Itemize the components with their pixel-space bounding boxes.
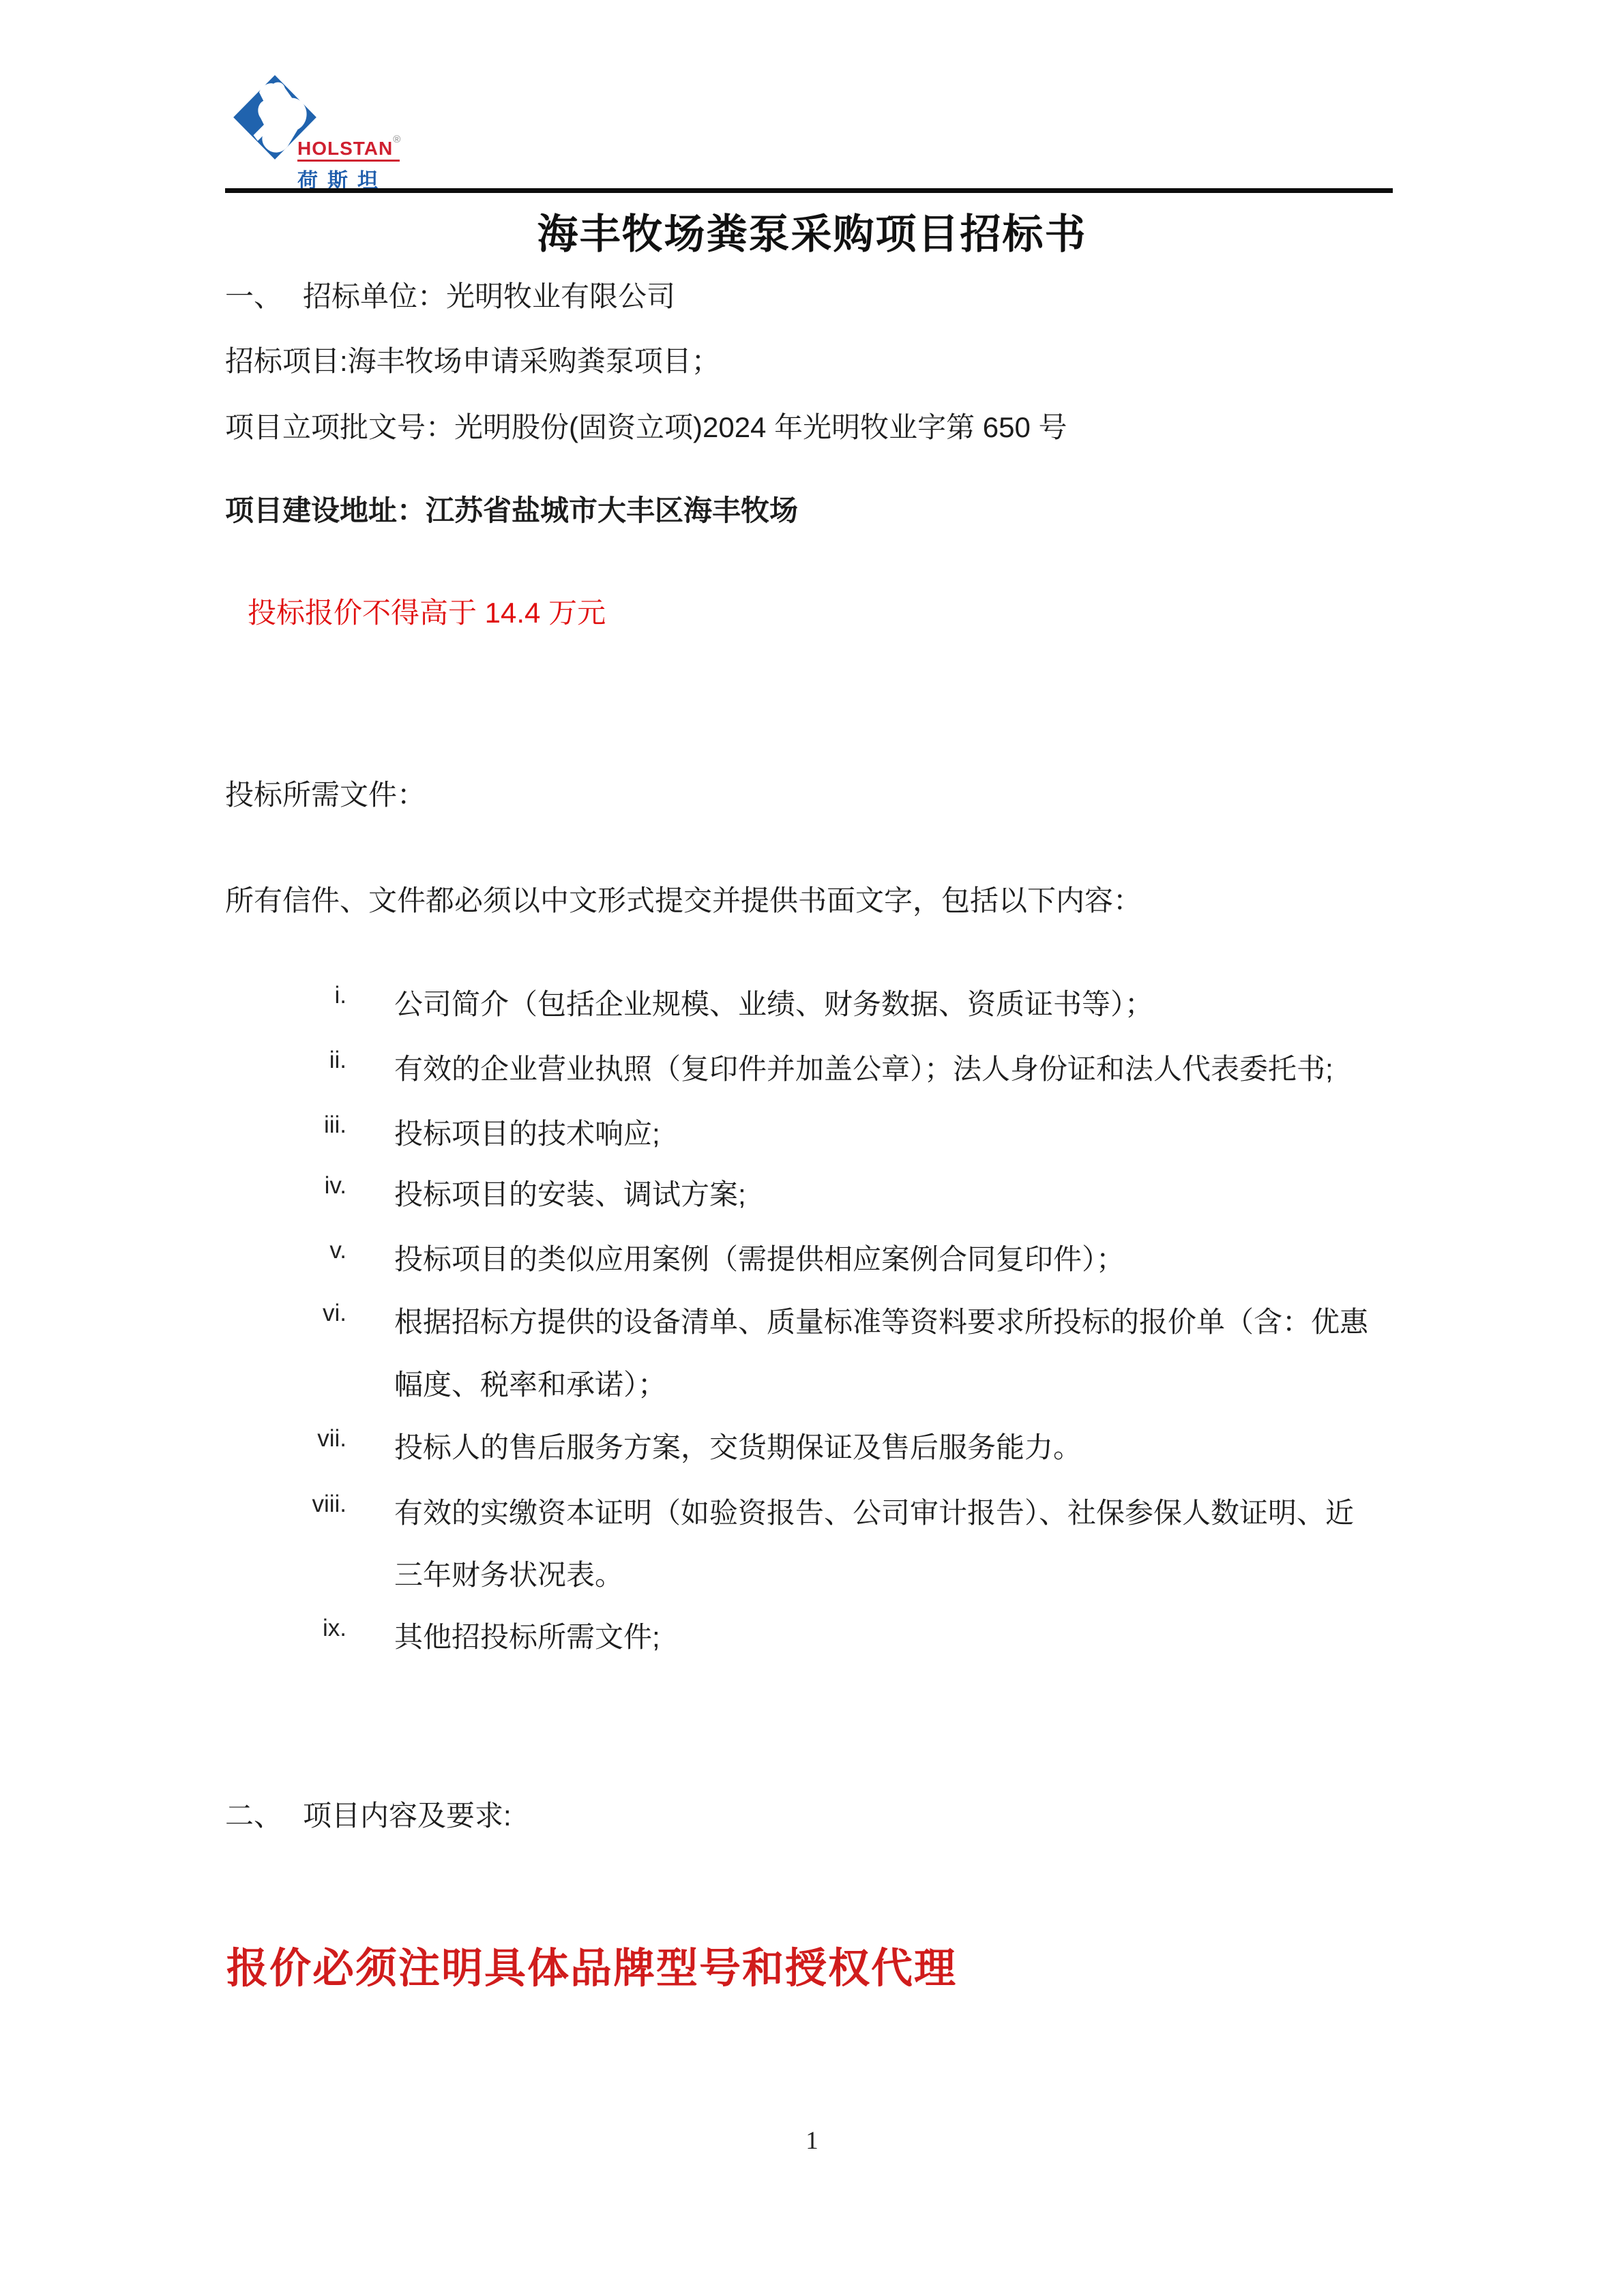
list-roman-numeral: ix. bbox=[225, 1615, 346, 1642]
price-limit-note: 投标报价不得高于 14.4 万元 bbox=[248, 591, 1434, 631]
list-item-text: 公司简介（包括企业规模、业绩、财务数据、资质证书等）； bbox=[394, 982, 1411, 1023]
brand-model-notice: 报价必须注明具体品牌型号和授权代理 bbox=[226, 1935, 1454, 1995]
list-item-text: 幅度、税率和承诺）； bbox=[394, 1362, 1411, 1403]
language-requirement-note: 所有信件、文件都必须以中文形式提交并提供书面文字，包括以下内容： bbox=[225, 878, 1412, 919]
brand-name: HOLSTAN bbox=[297, 138, 393, 159]
list-roman-numeral: v. bbox=[225, 1237, 346, 1264]
list-item-text: 投标人的售后服务方案，交货期保证及售后服务能力。 bbox=[394, 1425, 1411, 1466]
list-item-text: 有效的企业营业执照（复印件并加盖公章）；法人身份证和法人代表委托书; bbox=[394, 1047, 1411, 1088]
list-item-text: 根据招标方提供的设备清单、质量标准等资料要求所投标的报价单（含：优惠 bbox=[394, 1300, 1411, 1341]
list-roman-numeral: ii. bbox=[225, 1047, 346, 1074]
page-number: 1 bbox=[0, 2126, 1624, 2156]
list-item-text: 三年财务状况表。 bbox=[394, 1553, 1411, 1594]
list-roman-numeral: viii. bbox=[225, 1491, 346, 1518]
list-item-text: 有效的实缴资本证明（如验资报告、公司审计报告）、社保参保人数证明、近 bbox=[394, 1491, 1411, 1532]
paragraph-approval-number: 项目立项批文号：光明股份(固资立项)2024 年光明牧业字第 650 号 bbox=[225, 405, 1412, 446]
paragraph-project: 招标项目:海丰牧场申请采购粪泵项目； bbox=[225, 339, 1412, 380]
list-item-text: 其他招投标所需文件; bbox=[394, 1615, 1411, 1656]
section-two-text: 项目内容及要求: bbox=[303, 1800, 512, 1832]
list-item-text: 投标项目的类似应用案例（需提供相应案例合同复印件）； bbox=[394, 1237, 1411, 1278]
list-roman-numeral: vi. bbox=[225, 1300, 346, 1327]
paragraph-construction-address: 项目建设地址：江苏省盐城市大丰区海丰牧场 bbox=[225, 488, 1412, 529]
list-item-text: 投标项目的安装、调试方案; bbox=[394, 1172, 1411, 1213]
brand-underline bbox=[297, 160, 400, 162]
section-one-marker: 一、 bbox=[225, 274, 303, 315]
brand-name-row: HOLSTAN® bbox=[297, 134, 400, 160]
document-title: 海丰牧场粪泵采购项目招标书 bbox=[0, 202, 1624, 260]
section-two-marker: 二、 bbox=[225, 1793, 303, 1834]
registered-mark-icon: ® bbox=[393, 134, 400, 145]
company-logo: HOLSTAN® 荷斯坦 bbox=[225, 60, 402, 176]
document-page: HOLSTAN® 荷斯坦 海丰牧场粪泵采购项目招标书 一、招标单位：光明牧业有限… bbox=[0, 0, 1624, 2296]
list-roman-numeral: i. bbox=[225, 982, 346, 1009]
list-roman-numeral: iv. bbox=[225, 1172, 346, 1199]
section-one-heading: 一、招标单位：光明牧业有限公司 bbox=[225, 274, 1412, 315]
list-item-text: 投标项目的技术响应; bbox=[394, 1112, 1411, 1152]
list-roman-numeral: vii. bbox=[225, 1425, 346, 1452]
section-two-heading: 二、项目内容及要求: bbox=[225, 1793, 1412, 1834]
required-documents-heading: 投标所需文件： bbox=[225, 773, 1412, 814]
section-one-text: 招标单位：光明牧业有限公司 bbox=[303, 280, 675, 312]
header-divider bbox=[225, 188, 1393, 193]
list-roman-numeral: iii. bbox=[225, 1112, 346, 1139]
